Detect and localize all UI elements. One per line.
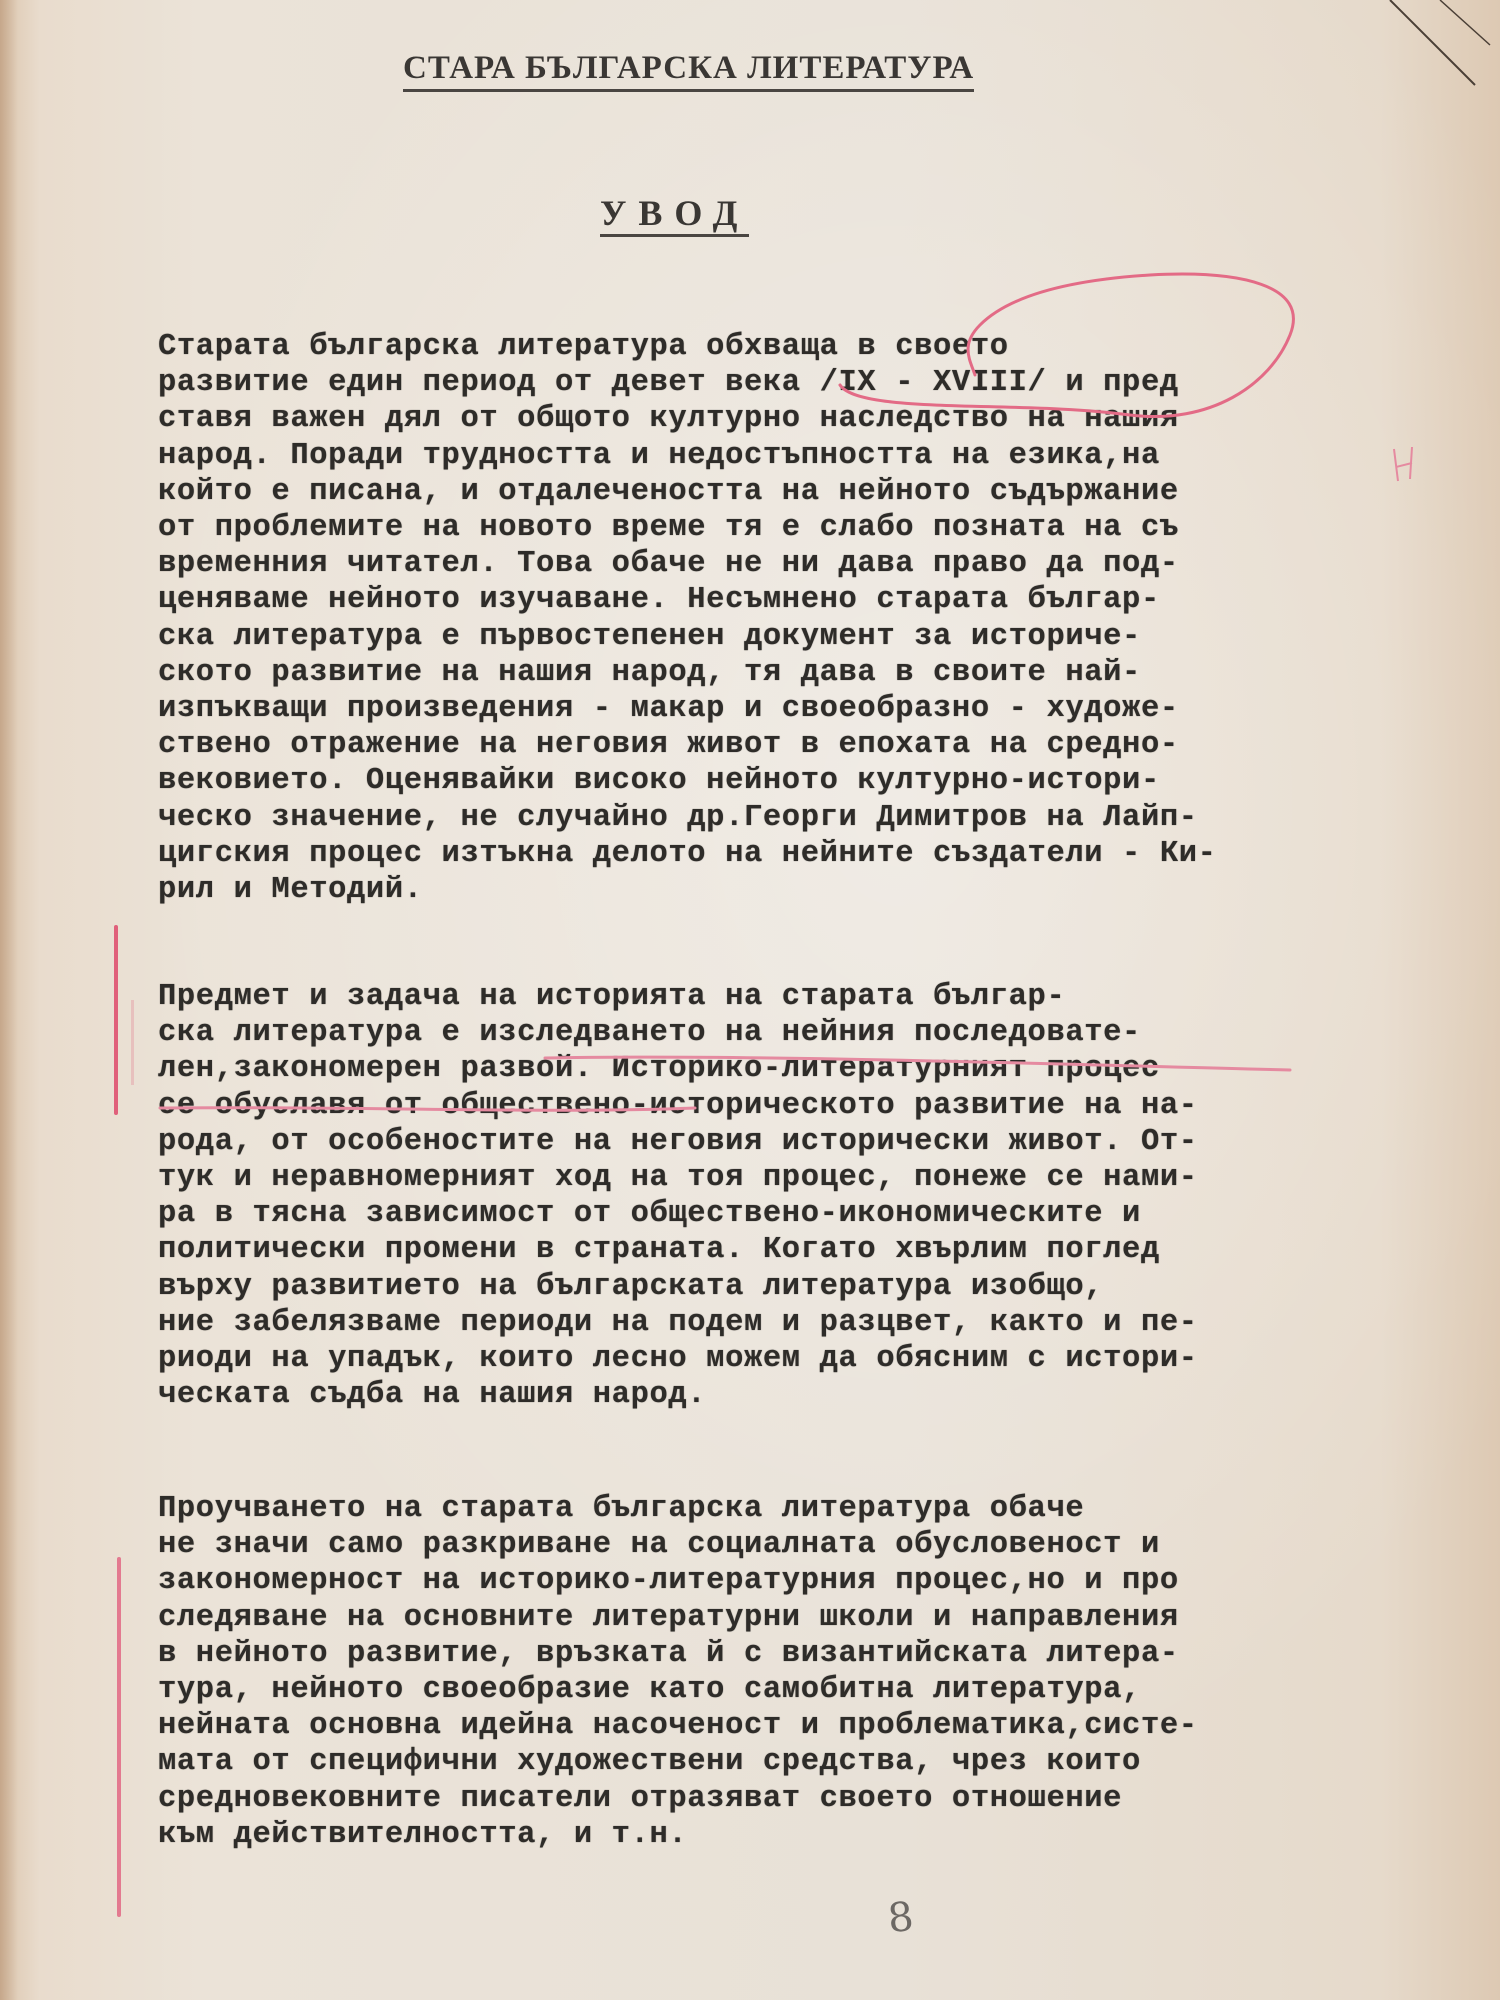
text-line: Проучването на старата българска литерат… xyxy=(158,1492,1084,1526)
text-line: рил и Методий. xyxy=(158,873,423,907)
text-line: средновековните писатели отразяват своет… xyxy=(158,1782,1122,1816)
text-line: вековието. Оценявайки високо нейното кул… xyxy=(158,764,1160,798)
text-line: тук и неравномерният ход на тоя процес, … xyxy=(158,1161,1198,1195)
text-line: Предмет и задача на историята на старата… xyxy=(158,980,1065,1014)
text-line: ска литература е първостепенен документ … xyxy=(158,620,1141,654)
text-line: не значи само разкриване на социалната о… xyxy=(158,1528,1160,1562)
text-line: лен,закономерен развой. Историко-литерат… xyxy=(158,1052,1160,1086)
handwritten-page-mark: 8 xyxy=(886,1894,916,1942)
corner-crease xyxy=(1380,0,1500,100)
text-line: ние забелязваме периоди на подем и разцв… xyxy=(158,1306,1198,1340)
text-line: ствено отражение на неговия живот в епох… xyxy=(158,728,1179,762)
text-line: временния читател. Това обаче не ни дава… xyxy=(158,547,1179,581)
text-line: върху развитието на българската литерату… xyxy=(158,1270,1103,1304)
document-title: СТАРА БЪЛГАРСКА ЛИТЕРАТУРА xyxy=(403,50,974,92)
text-line: ческо значение, не случайно др.Георги Ди… xyxy=(158,801,1198,835)
text-line: риоди на упадък, които лесно можем да об… xyxy=(158,1342,1198,1376)
text-line: народ. Поради трудността и недостъпностт… xyxy=(158,439,1160,473)
text-line: от проблемите на новото време тя е слабо… xyxy=(158,511,1179,545)
text-line: нейната основна идейна насоченост и проб… xyxy=(158,1709,1198,1743)
section-heading: УВОД xyxy=(600,192,749,237)
text-line: който е писана, и отдалечеността на нейн… xyxy=(158,475,1179,509)
text-line: ценяваме нейното изучаване. Несъмнено ст… xyxy=(158,583,1160,617)
text-line: изпъкващи произведения - макар и своеобр… xyxy=(158,692,1179,726)
text-line: се обуславя от обществено-историческото … xyxy=(158,1089,1198,1123)
text-line: развитие един период от девет века /IX -… xyxy=(158,366,1179,400)
text-line: мата от специфични художествени средства… xyxy=(158,1745,1141,1779)
text-line: политически промени в страната. Когато х… xyxy=(158,1233,1160,1267)
text-line: ска литература е изследването на нейния … xyxy=(158,1016,1141,1050)
text-line: към действителността, и т.н. xyxy=(158,1818,687,1852)
text-line: ческата съдба на нашия народ. xyxy=(158,1378,706,1412)
text-line: ското развитие на нашия народ, тя дава в… xyxy=(158,656,1141,690)
text-line: Старата българска литература обхваща в с… xyxy=(158,330,1009,364)
text-line: в нейното развитие, връзката й с византи… xyxy=(158,1637,1179,1671)
text-line: цигския процес изтъкна делото на нейните… xyxy=(158,837,1217,871)
text-line: тура, нейното своеобразие като самобитна… xyxy=(158,1673,1141,1707)
text-line: закономерност на историко-литературния п… xyxy=(158,1564,1179,1598)
text-line: рода, от особеностите на неговия историч… xyxy=(158,1125,1198,1159)
text-line: следяване на основните литературни школи… xyxy=(158,1601,1179,1635)
page-edge-shadow xyxy=(0,0,18,2000)
text-line: ставя важен дял от общото културно насле… xyxy=(158,402,1179,436)
text-line: ра в тясна зависимост от обществено-икон… xyxy=(158,1197,1141,1231)
